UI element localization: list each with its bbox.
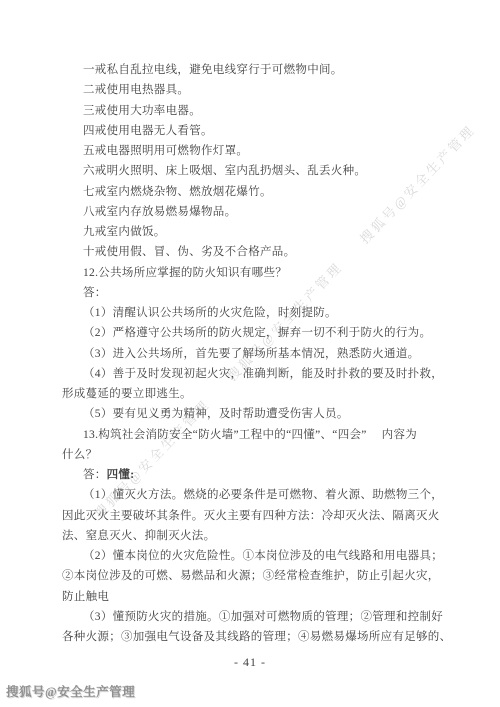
text-line: 什么？ [0, 445, 500, 465]
text-line: （4）善于及时发现初起火灾，准确判断，能及时扑救的要及时扑救， [0, 364, 500, 384]
text-line: 八戒室内存放易燃易爆物品。 [0, 202, 500, 222]
text-line: 13.构筑社会消防安全“防火墙”工程中的“四懂”、“四会” 内容为 [0, 425, 500, 445]
text-line: 三戒使用大功率电器。 [0, 101, 500, 121]
footer-watermark: 搜狐号@安全生产管理 [6, 682, 135, 700]
text-line: 答： [0, 283, 500, 303]
text-line: 防止触电 [0, 587, 500, 607]
text-line: 五戒电器照明用可燃物作灯罩。 [0, 141, 500, 161]
text-line: （5）要有见义勇为精神，及时帮助遭受伤害人员。 [0, 404, 500, 424]
text-line: 12.公共场所应掌握的防火知识有哪些？ [0, 263, 500, 283]
text-line: 九戒室内做饭。 [0, 222, 500, 242]
text-line: 答：四懂: [0, 465, 500, 485]
text-line: （3）进入公共场所，首先要了解场所基本情况，熟悉防火通道。 [0, 344, 500, 364]
text-line: 七戒室内燃烧杂物、燃放烟花爆竹。 [0, 182, 500, 202]
text-line: 法、窒息灭火、抑制灭火法。 [0, 526, 500, 546]
text-line: 四戒使用电器无人看管。 [0, 121, 500, 141]
text-line: 各种火源；③加强电气设备及其线路的管理；④易燃易爆场所应有足够的、 [0, 627, 500, 647]
text-line: 六戒明火照明、床上吸烟、室内乱扔烟头、乱丢火种。 [0, 161, 500, 181]
text-line: （1）清醒认识公共场所的火灾危险，时刻提防。 [0, 303, 500, 323]
text-line: （2）严格遵守公共场所的防火规定，摒弃一切不利于防火的行为。 [0, 323, 500, 343]
text-line: ②本岗位涉及的可燃、易燃品和火源；③经常检查维护，防止引起火灾， [0, 566, 500, 586]
text-line: 二戒使用电热器具。 [0, 80, 500, 100]
text-line: （1）懂灭火方法。燃烧的必要条件是可燃物、着火源、助燃物三个， [0, 485, 500, 505]
text-line: 一戒私自乱拉电线，避免电线穿行于可燃物中间。 [0, 60, 500, 80]
document-body: 一戒私自乱拉电线，避免电线穿行于可燃物中间。二戒使用电热器具。三戒使用大功率电器… [0, 60, 500, 647]
text-line: （2）懂本岗位的火灾危险性。①本岗位涉及的电气线路和用电器具； [0, 546, 500, 566]
text-line: 因此灭火主要破坏其条件。灭火主要有四种方法：冷却灭火法、隔离灭火 [0, 506, 500, 526]
document-page: 搜狐号@安全生产管理 搜狐号@安全生产管理 搜狐号@安全生产管理 一戒私自乱拉电… [0, 0, 500, 707]
text-line: （3）懂预防火灾的措施。①加强对可燃物质的管理；②管理和控制好 [0, 607, 500, 627]
page-number: - 41 - [0, 655, 500, 670]
text-line: 十戒使用假、冒、伪、劣及不合格产品。 [0, 242, 500, 262]
text-line: 形成蔓延的要立即逃生。 [0, 384, 500, 404]
